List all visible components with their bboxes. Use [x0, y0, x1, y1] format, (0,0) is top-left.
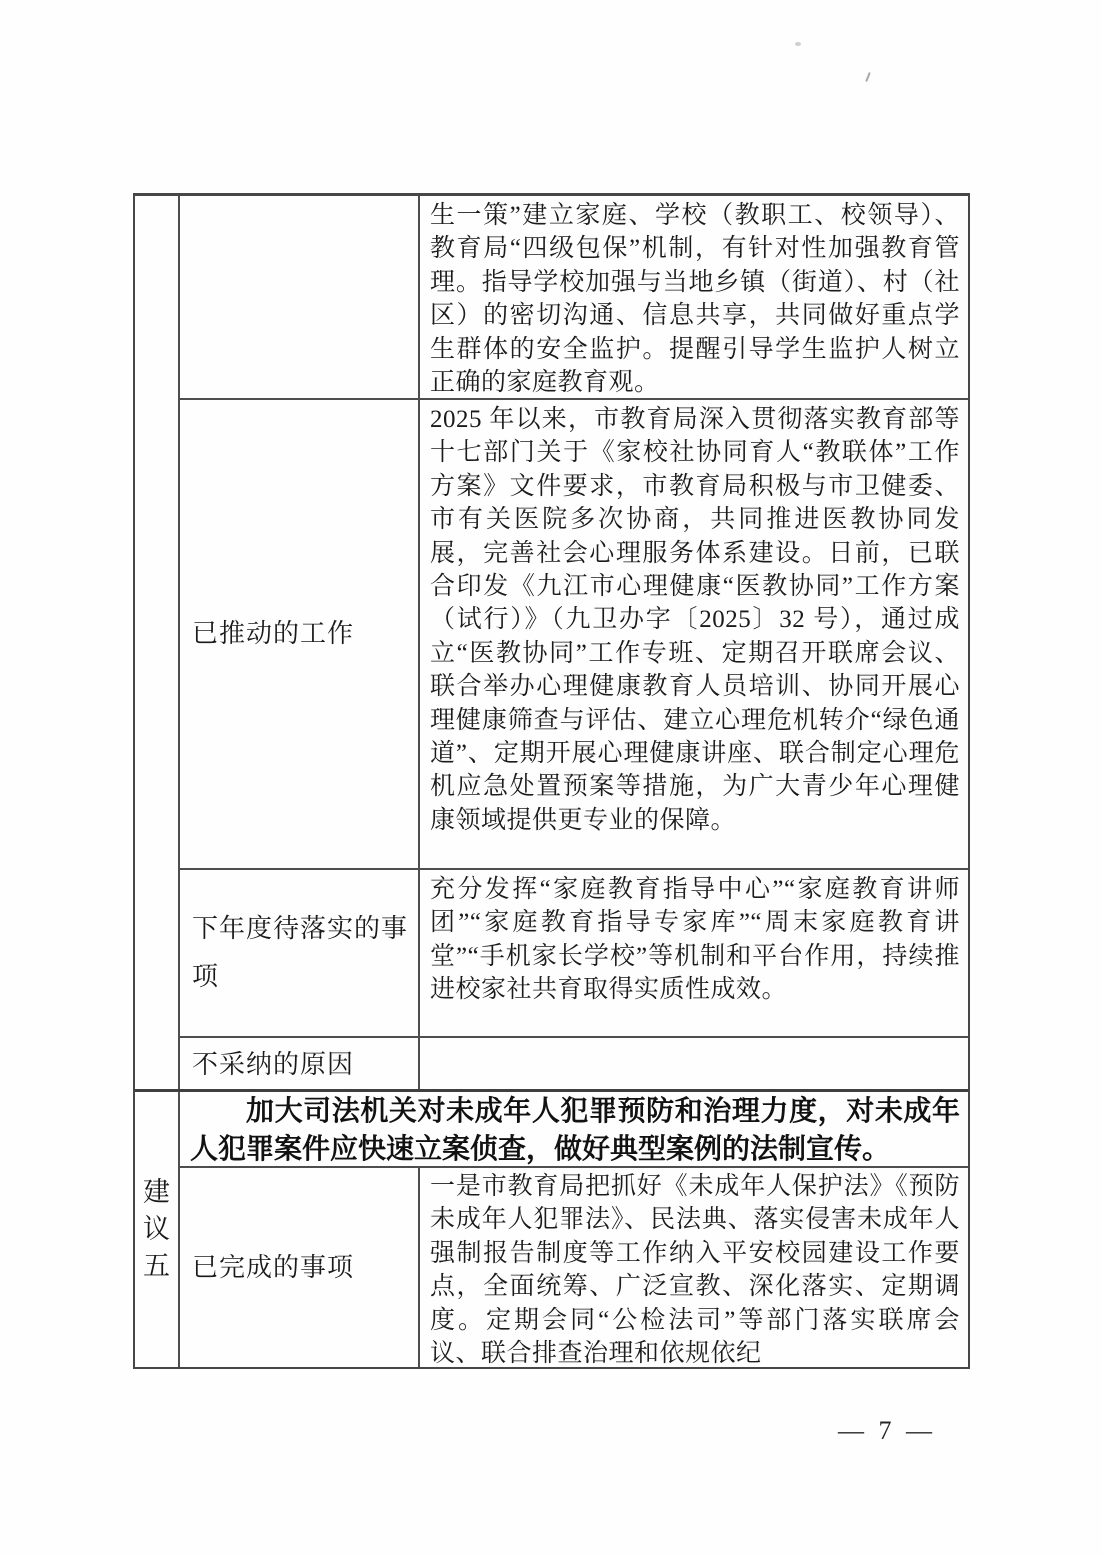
- row-label-empty: [180, 196, 420, 400]
- suggestion-prev-side-cell: [135, 196, 180, 1092]
- suggestion-five-header: 加大司法机关对未成年人犯罪预防和治理力度，对未成年人犯罪案件应快速立案侦查，做好…: [180, 1092, 968, 1168]
- row-label-completed-items: 已完成的事项: [180, 1168, 420, 1367]
- row-content-promoted-work: 2025 年以来，市教育局深入贯彻落实教育部等十七部门关于《家校社协同育人“教联…: [420, 400, 968, 870]
- row-content-completed-items: 一是市教育局把抓好《未成年人保护法》《预防未成年人犯罪法》、民法典、落实侵害未成…: [420, 1168, 968, 1367]
- row-label-next-year-items: 下年度待落实的事项: [180, 870, 420, 1038]
- row-content-rejection-reason: [420, 1038, 968, 1092]
- suggestion-five-side-cell: 建议五: [135, 1092, 180, 1367]
- scan-speck: [865, 72, 871, 82]
- page-number: — 7 —: [838, 1416, 936, 1446]
- scan-speck: [795, 42, 801, 46]
- row-label-rejection-reason: 不采纳的原因: [180, 1038, 420, 1092]
- row-content-next-year-items: 充分发挥“家庭教育指导中心”“家庭教育讲师团”“家庭教育指导专家库”“周末家庭教…: [420, 870, 968, 1038]
- response-table: 建议五 生一策”建立家庭、学校（教职工、校领导）、教育局“四级包保”机制，有针对…: [133, 193, 970, 1369]
- suggestion-five-label: 建议五: [142, 1174, 171, 1285]
- row-label-promoted-work: 已推动的工作: [180, 400, 420, 870]
- document-page: 建议五 生一策”建立家庭、学校（教职工、校领导）、教育局“四级包保”机制，有针对…: [0, 0, 1102, 1557]
- row-content-continued: 生一策”建立家庭、学校（教职工、校领导）、教育局“四级包保”机制，有针对性加强教…: [420, 196, 968, 400]
